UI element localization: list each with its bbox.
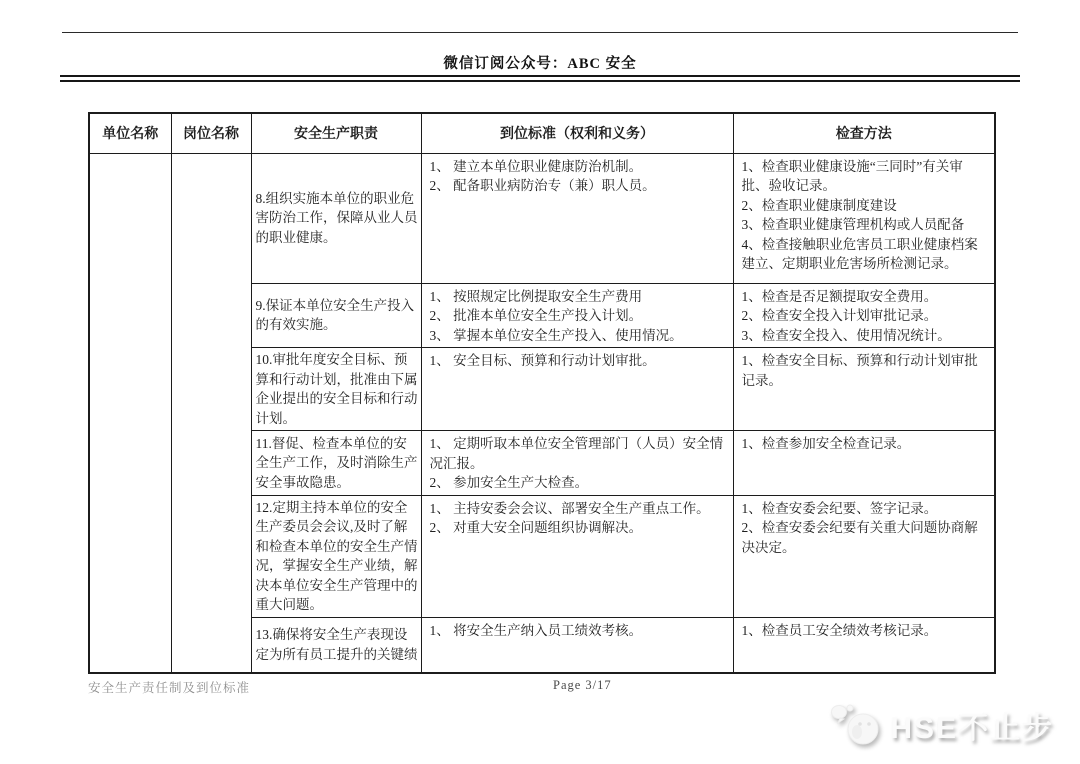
responsibility-table: 单位名称 岗位名称 安全生产职责 到位标准（权利和义务） 检查方法 8.组织实施… [88, 112, 996, 674]
unit-name-cell [89, 153, 171, 673]
standard-cell-8: 1、 建立本单位职业健康防治机制。 2、 配备职业病防治专（兼）职人员。 [421, 153, 733, 283]
standard-cell-12: 1、 主持安委会会议、部署安全生产重点工作。 2、 对重大安全问题组织协调解决。 [421, 495, 733, 617]
watermark-text: HSE不止步 [890, 703, 1054, 747]
duty-cell-13: 13.确保将安全生产表现设定为所有员工提升的关键绩 [251, 617, 421, 673]
wechat-header-text: 微信订阅公众号：ABC 安全 [0, 52, 1080, 73]
col-header-duty: 安全生产职责 [251, 113, 421, 153]
table-row: 8.组织实施本单位的职业危害防治工作，保障从业人员的职业健康。 1、 建立本单位… [89, 153, 995, 283]
standard-cell-11: 1、 定期听取本单位安全管理部门（人员）安全情况汇报。 2、 参加安全生产大检查… [421, 431, 733, 496]
duty-cell-9: 9.保证本单位安全生产投入的有效实施。 [251, 283, 421, 348]
hse-watermark: HSE不止步 [830, 702, 1054, 748]
footer-page-number: Page 3/17 [553, 678, 612, 693]
col-header-standard: 到位标准（权利和义务） [421, 113, 733, 153]
duty-cell-8: 8.组织实施本单位的职业危害防治工作，保障从业人员的职业健康。 [251, 153, 421, 283]
check-cell-8: 1、检查职业健康设施“三同时”有关审批、验收记录。 2、检查职业健康制度建设 3… [733, 153, 995, 283]
col-header-post-name: 岗位名称 [171, 113, 251, 153]
duty-cell-11: 11.督促、检查本单位的安全生产工作，及时消除生产安全事故隐患。 [251, 431, 421, 496]
page-footer: 安全生产责任制及到位标准 Page 3/17 [88, 678, 994, 700]
check-cell-10: 1、检查安全目标、预算和行动计划审批记录。 [733, 348, 995, 431]
check-cell-11: 1、检查参加安全检查记录。 [733, 431, 995, 496]
table-header-row: 单位名称 岗位名称 安全生产职责 到位标准（权利和义务） 检查方法 [89, 113, 995, 153]
check-cell-9: 1、检查是否足额提取安全费用。 2、检查安全投入计划审批记录。 3、检查安全投入… [733, 283, 995, 348]
hse-mascot-icon [830, 702, 884, 748]
col-header-check-method: 检查方法 [733, 113, 995, 153]
header-double-rule [60, 75, 1020, 82]
check-cell-13: 1、检查员工安全绩效考核记录。 [733, 617, 995, 673]
footer-doc-title: 安全生产责任制及到位标准 [88, 678, 250, 696]
standard-cell-13: 1、 将安全生产纳入员工绩效考核。 [421, 617, 733, 673]
col-header-unit-name: 单位名称 [89, 113, 171, 153]
standard-cell-9: 1、 按照规定比例提取安全生产费用 2、 批准本单位安全生产投入计划。 3、 掌… [421, 283, 733, 348]
standard-cell-10: 1、 安全目标、预算和行动计划审批。 [421, 348, 733, 431]
document-page: 微信订阅公众号：ABC 安全 单位名称 岗位名称 安全生产职责 到位标准（权利和… [0, 0, 1080, 764]
duty-cell-10: 10.审批年度安全目标、预算和行动计划，批准由下属企业提出的安全目标和行动计划。 [251, 348, 421, 431]
check-cell-12: 1、检查安委会纪要、签字记录。 2、检查安委会纪要有关重大问题协商解决决定。 [733, 495, 995, 617]
post-name-cell [171, 153, 251, 673]
duty-cell-12: 12.定期主持本单位的安全生产委员会会议,及时了解和检查本单位的安全生产情况，掌… [251, 495, 421, 617]
top-rule [62, 32, 1018, 33]
